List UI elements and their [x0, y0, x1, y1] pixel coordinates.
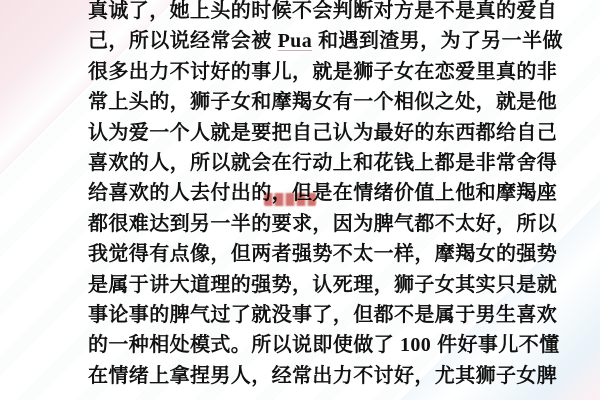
article-page: 真诚了，她上头的时候不会判断对方是不是真的爱自 己，所以说经常会被 Pua 和遇…	[0, 0, 600, 400]
number-100: 100	[400, 334, 431, 356]
paragraph-line: 认为爱一个人就是要把自己认为最好的东西都给自己	[88, 118, 520, 148]
paragraph-line: 常上头的，狮子女和摩羯女有一个相似之处，就是他	[88, 87, 520, 117]
paragraph-line: 己，所以说经常会被 Pua 和遇到渣男，为了另一半做	[88, 26, 520, 56]
paragraph-line: 的一种相处模式。所以说即使做了 100 件好事儿不懂	[88, 330, 520, 360]
red-watermark	[264, 193, 316, 206]
line-segment: 己，所以说经常会被	[88, 30, 278, 52]
paragraph-line: 喜欢的人，所以就会在行动上和花钱上都是非常舍得	[88, 148, 520, 178]
paragraph-line: 事论事的脾气过了就没事了，但都不是属于男生喜欢	[88, 300, 520, 330]
paragraph-line: 在情绪上拿捏男人，经常出力不讨好，尤其狮子女脾	[88, 361, 520, 391]
paragraph-line: 很多出力不讨好的事儿，就是狮子女在恋爱里真的非	[88, 57, 520, 87]
paragraph-line: 真诚了，她上头的时候不会判断对方是不是真的爱自	[88, 0, 520, 26]
line-segment: 件好事儿不懂	[431, 334, 559, 356]
paragraph-line: 是属于讲大道理的强势，认死理，狮子女其实只是就	[88, 270, 520, 300]
line-segment: 和遇到渣男，为了另一半做	[312, 30, 563, 52]
paragraph-line: 都很难达到另一半的要求，因为脾气都不太好，所以	[88, 209, 520, 239]
paragraph-line: 我觉得有点像，但两者强势不太一样，摩羯女的强势	[88, 239, 520, 269]
line-segment: 的一种相处模式。所以说即使做了	[88, 334, 400, 356]
pua-term: Pua	[278, 30, 313, 52]
